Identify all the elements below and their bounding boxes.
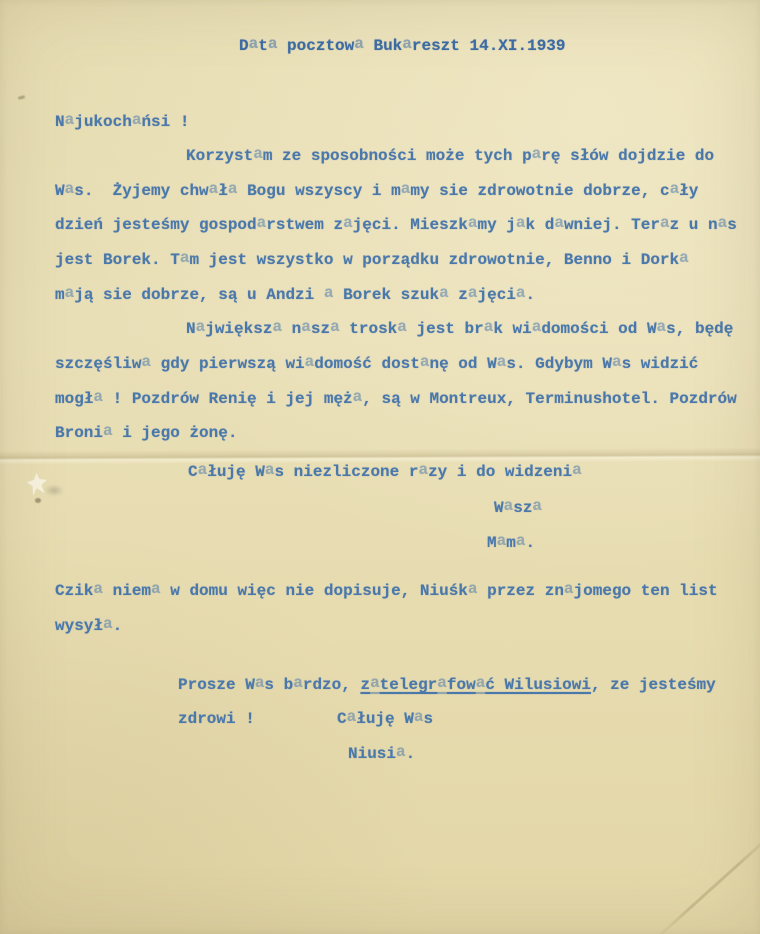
body-line-4: jest Borek. Tam jest wszystko w porządku… [55, 250, 689, 270]
signature-wasza: Wasza [494, 498, 542, 518]
body-line-1: Korzystam ze sposobności może tych parę … [186, 146, 714, 166]
date-line: Data pocztowa Bukareszt 14.XI.1939 [239, 36, 566, 56]
body-line-5: mają sie dobrze, są u Andzi a Borek szuk… [55, 285, 535, 305]
request-line: Prosze Was bardzo, zatelegrafować Wilusi… [178, 675, 716, 695]
signature-mama: Mama. [487, 533, 535, 553]
corner-crease [655, 831, 760, 934]
postscript-line-1: Czika niema w domu więc nie dopisuje, Ni… [55, 581, 718, 601]
underlined-phrase: zatelegrafować Wilusiowi [360, 674, 590, 695]
request-text-after: , ze jesteśmy [591, 676, 716, 694]
paper-hole-dot [35, 498, 41, 503]
body-line-6: Największa nasza troska jest brak wiadom… [186, 319, 733, 339]
letter-page: Data pocztowa Bukareszt 14.XI.1939 Najuk… [0, 0, 760, 934]
body-line-8: mogła ! Pozdrów Renię i jej męża, są w M… [55, 389, 737, 409]
postscript-line-2: wysyła. [55, 616, 122, 636]
body-line-3: dzień jesteśmy gospodarstwem zajęci. Mie… [55, 215, 737, 235]
paper-hole-shadow [40, 482, 68, 499]
request-text-before: Prosze Was bardzo, [178, 674, 360, 695]
body-line-7: szczęśliwa gdy pierwszą wiadomość dostan… [55, 354, 698, 374]
body-line-2: Was. Żyjemy chwała Bogu wszyscy i mamy s… [55, 181, 698, 201]
salutation-line: Najukochańsi ! [55, 112, 189, 132]
signature-niusia: Niusia. [348, 744, 415, 764]
body-line-9: Bronia i jego żonę. [55, 423, 237, 443]
request-line2-left: zdrowi ! [178, 709, 255, 729]
paper-speck [18, 95, 26, 100]
request-line2-right: Całuję Was [337, 709, 433, 729]
closing-line: Całuję Was niezliczone razy i do widzeni… [188, 462, 582, 482]
